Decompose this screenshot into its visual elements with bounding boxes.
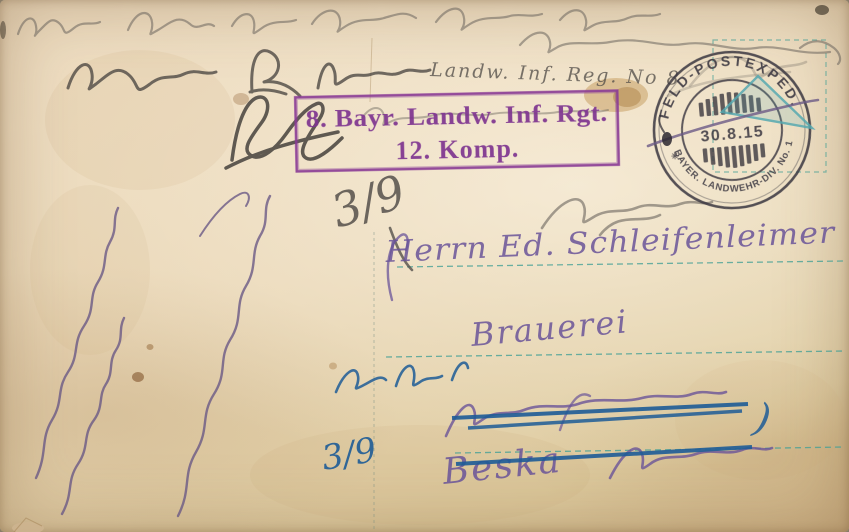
stain-dot-left [132, 372, 144, 382]
blue-unit-note [336, 363, 468, 392]
postcard-scan: Landw. Inf. Reg. No 8 3/9 8. Bayr. Landw… [0, 0, 849, 532]
address-block: Herrn Ed. Schleifenleimer Brauerei [384, 215, 837, 354]
unit-stamp-line1: 8. Bayr. Landw. Inf. Rgt. [305, 100, 607, 133]
worn-notch-bottom-left [12, 522, 44, 532]
unit-stamp: 8. Bayr. Landw. Inf. Rgt. 12. Komp. [295, 91, 618, 172]
address-guideline-2 [386, 351, 845, 357]
postmark-star-icon: ✳ [671, 151, 680, 162]
pencil-date-text: 3/9 [325, 164, 412, 238]
unit-stamp-line2: 12. Komp. [395, 134, 519, 166]
address-brauerei: Brauerei [468, 302, 630, 354]
stain-dot-top-right [815, 5, 829, 15]
postcard-artwork: Landw. Inf. Reg. No 8 3/9 8. Bayr. Landw… [0, 0, 849, 532]
regiment-note-pencil: Landw. Inf. Reg. No 8 [429, 59, 681, 90]
paper-crease [370, 38, 372, 102]
